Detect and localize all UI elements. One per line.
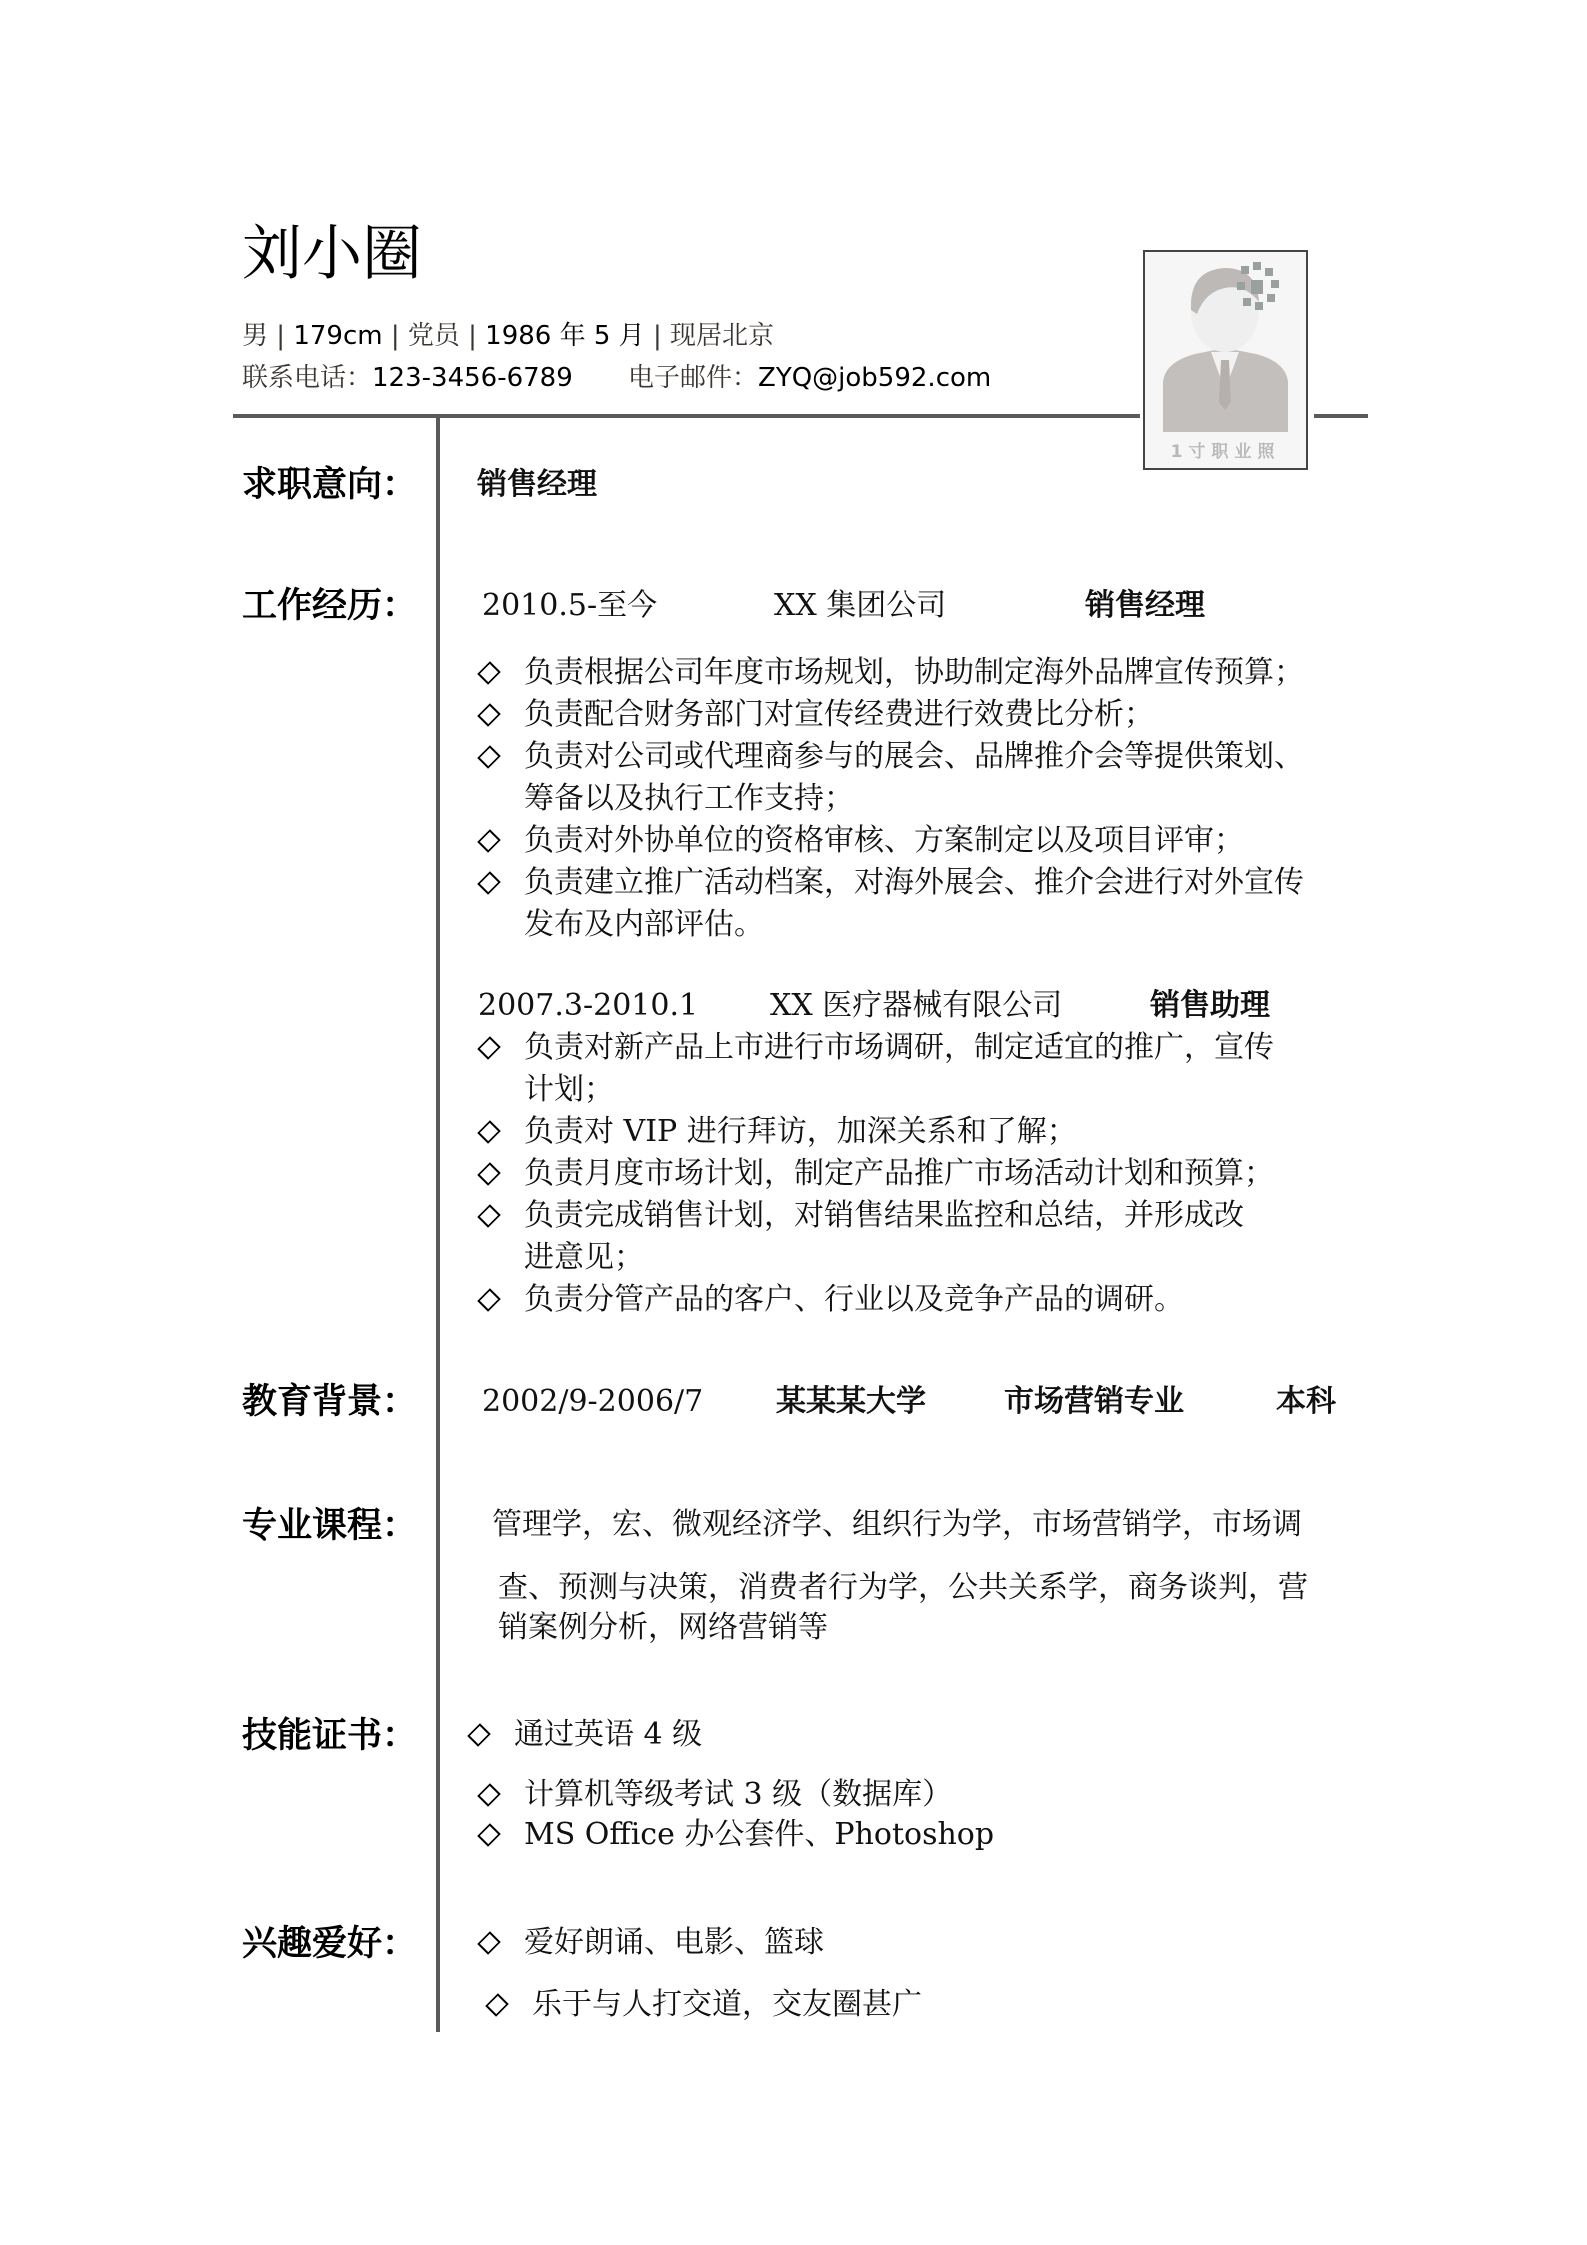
- diamond-bullet-icon: [467, 1723, 491, 1747]
- residence: 现居北京: [670, 321, 774, 351]
- list-item: 负责对 VIP 进行拜访，加深关系和了解；: [476, 1112, 1077, 1152]
- list-item: 负责完成销售计划，对销售结果监控和总结，并形成改: [476, 1196, 1244, 1236]
- education-degree: 本科: [1276, 1382, 1336, 1422]
- diamond-bullet-icon: [477, 1036, 501, 1060]
- list-item: 负责配合财务部门对宣传经费进行效费比分析；: [476, 695, 1154, 735]
- list-item-continuation: 进意见；: [524, 1238, 644, 1278]
- diamond-bullet-icon: [477, 1783, 501, 1807]
- work-entry-1-title: 销售经理: [1085, 586, 1205, 626]
- work-entry-2-title: 销售助理: [1150, 986, 1270, 1026]
- diamond-bullet-icon: [477, 1931, 501, 1955]
- list-item: 负责建立推广活动档案，对海外展会、推介会进行对外宣传: [476, 863, 1304, 903]
- separator: |: [391, 321, 400, 351]
- list-item: 计算机等级考试 3 级（数据库）: [476, 1775, 952, 1815]
- email-address[interactable]: ZYQ@job592.com: [758, 363, 991, 393]
- education-school: 某某某大学: [776, 1382, 926, 1422]
- profile-photo-placeholder: 1寸职业照: [1143, 250, 1308, 470]
- diamond-bullet-icon: [477, 1823, 501, 1847]
- birth-date: 1986 年 5 月: [485, 321, 645, 351]
- separator: |: [653, 321, 662, 351]
- diamond-bullet-icon: [477, 829, 501, 853]
- list-item: 负责分管产品的客户、行业以及竞争产品的调研。: [476, 1280, 1184, 1320]
- list-item-continuation: 计划；: [524, 1070, 614, 1110]
- work-entry-2-company: XX 医疗器械有限公司: [770, 986, 1062, 1026]
- phone-label: 联系电话：: [242, 363, 372, 393]
- list-item-continuation: 发布及内部评估。: [524, 905, 764, 945]
- list-item: 负责月度市场计划，制定产品推广市场活动计划和预算；: [476, 1154, 1274, 1194]
- diamond-bullet-icon: [477, 1288, 501, 1312]
- height: 179cm: [293, 321, 382, 351]
- work-entry-1-period: 2010.5-至今: [482, 586, 657, 626]
- diamond-bullet-icon: [477, 1120, 501, 1144]
- diamond-bullet-icon: [477, 703, 501, 727]
- section-heading-skills: 技能证书：: [242, 1714, 417, 1758]
- courses-line: 查、预测与决策，消费者行为学，公共关系学，商务谈判，营: [498, 1568, 1308, 1608]
- header-divider-right: [1314, 414, 1368, 418]
- list-item: 负责对公司或代理商参与的展会、品牌推介会等提供策划、: [476, 737, 1304, 777]
- list-item-continuation: 筹备以及执行工作支持；: [524, 779, 854, 819]
- education-period: 2002/9-2006/7: [482, 1382, 703, 1422]
- personal-info-line: 男 | 179cm | 党员 | 1986 年 5 月 | 现居北京: [242, 320, 774, 352]
- section-heading-hobbies: 兴趣爱好：: [242, 1922, 417, 1966]
- diamond-bullet-icon: [485, 1993, 509, 2017]
- courses-line: 管理学，宏、微观经济学、组织行为学，市场营销学，市场调: [492, 1505, 1302, 1545]
- courses-line: 销案例分析，网络营销等: [498, 1608, 828, 1648]
- photo-caption: 1寸职业照: [1145, 437, 1306, 462]
- list-item: 负责对外协单位的资格审核、方案制定以及项目评审；: [476, 821, 1244, 861]
- list-item: 乐于与人打交道，交友圈甚广: [484, 1985, 922, 2025]
- list-item: 通过英语 4 级: [466, 1715, 702, 1755]
- avatar-silhouette-icon: [1145, 252, 1306, 437]
- work-entry-1-company: XX 集团公司: [774, 586, 946, 626]
- political-status: 党员: [408, 321, 460, 351]
- phone-number: 123-3456-6789: [372, 363, 573, 393]
- section-heading-courses: 专业课程：: [242, 1504, 417, 1548]
- header-divider-left: [233, 414, 1140, 418]
- list-item: MS Office 办公套件、Photoshop: [476, 1815, 994, 1855]
- diamond-bullet-icon: [477, 1204, 501, 1228]
- diamond-bullet-icon: [477, 745, 501, 769]
- section-heading-objective: 求职意向：: [242, 463, 417, 507]
- education-major: 市场营销专业: [1004, 1382, 1184, 1422]
- list-item: 负责对新产品上市进行市场调研，制定适宜的推广，宣传: [476, 1028, 1274, 1068]
- candidate-name: 刘小圈: [242, 218, 422, 290]
- section-heading-work: 工作经历：: [242, 584, 417, 628]
- email-line: 电子邮件：ZYQ@job592.com: [628, 362, 991, 394]
- work-entry-2-period: 2007.3-2010.1: [478, 986, 698, 1026]
- objective-value: 销售经理: [477, 465, 597, 505]
- contact-line: 联系电话：123-3456-6789: [242, 362, 573, 394]
- vertical-divider: [436, 416, 440, 2032]
- gender: 男: [242, 321, 268, 351]
- separator: |: [468, 321, 477, 351]
- email-label: 电子邮件：: [628, 363, 758, 393]
- diamond-bullet-icon: [477, 871, 501, 895]
- list-item: 负责根据公司年度市场规划，协助制定海外品牌宣传预算；: [476, 653, 1304, 693]
- diamond-bullet-icon: [477, 661, 501, 685]
- diamond-bullet-icon: [477, 1162, 501, 1186]
- section-heading-education: 教育背景：: [242, 1380, 417, 1424]
- separator: |: [276, 321, 285, 351]
- list-item: 爱好朗诵、电影、篮球: [476, 1923, 824, 1963]
